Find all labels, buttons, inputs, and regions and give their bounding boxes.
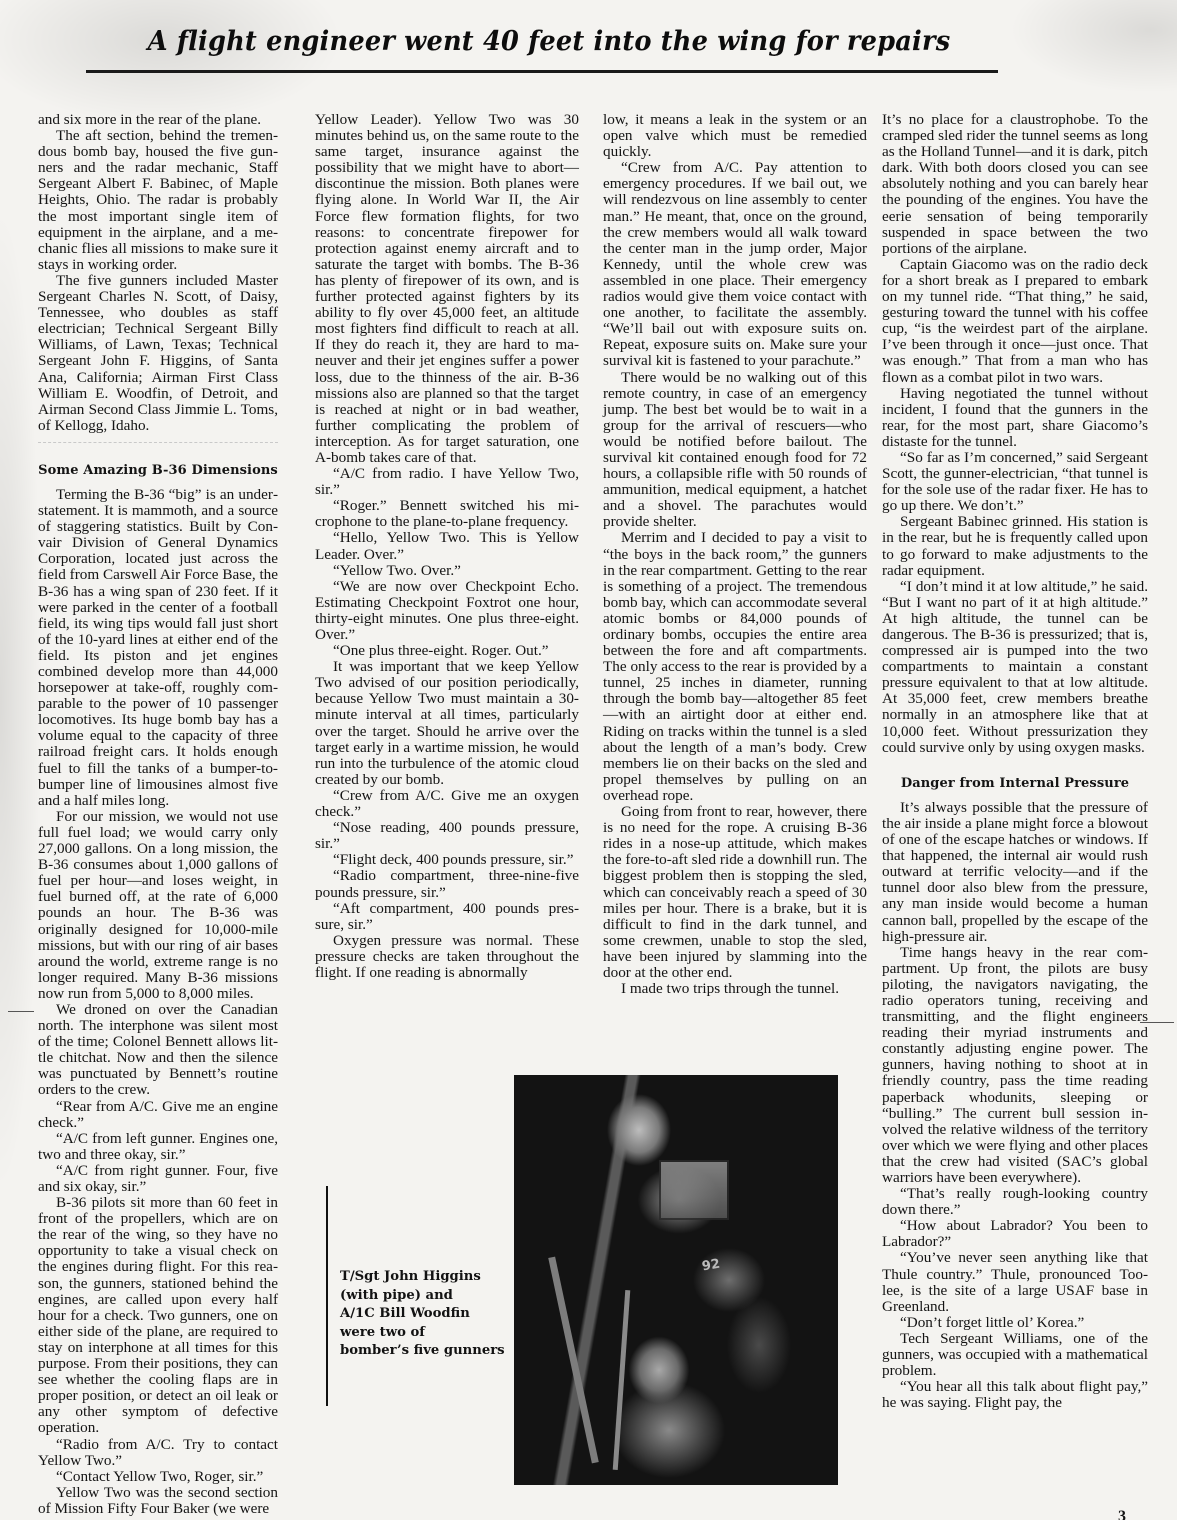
photo-gun-barrel — [613, 1290, 631, 1470]
paragraph: “A/C from left gunner. Engines one, two … — [38, 1131, 278, 1163]
paragraph: “Radio compartment, three-nine-five poun… — [315, 868, 579, 900]
paragraph: Time hangs heavy in the rear com­partmen… — [882, 945, 1148, 1186]
paragraph: Sergeant Babinec grinned. His sta­tion i… — [882, 514, 1148, 578]
paragraph: “Radio from A/C. Try to contact Yellow T… — [38, 1437, 278, 1469]
paragraph: The five gunners included Master Sergean… — [38, 273, 278, 434]
paragraph: The aft section, behind the tremen­dous … — [38, 128, 278, 273]
paragraph: low, it means a leak in the system or an… — [603, 112, 867, 160]
column-2: Yellow Leader). Yellow Two was 30 minute… — [315, 112, 579, 981]
margin-mark — [1140, 1022, 1174, 1023]
paragraph: “So far as I’m concerned,” said Ser­gean… — [882, 450, 1148, 514]
paragraph: “Crew from A/C. Give me an oxy­gen check… — [315, 788, 579, 820]
paragraph: It was important that we keep Yel­low Tw… — [315, 659, 579, 788]
paragraph: Tech Sergeant Williams, one of the gunne… — [882, 1331, 1148, 1379]
paragraph: “You’ve never seen anything like that Th… — [882, 1250, 1148, 1314]
caption-rule — [326, 1186, 328, 1406]
column-3: low, it means a leak in the system or an… — [603, 112, 867, 997]
paragraph: “How about Labrador? You been to Labrado… — [882, 1218, 1148, 1250]
paragraph: Yellow Two was the second section of Mis… — [38, 1485, 278, 1517]
headline-rule — [86, 70, 998, 73]
margin-mark — [8, 1011, 34, 1012]
page-number: 3 — [1118, 1508, 1126, 1520]
caption-line: A/1C Bill Woodfin — [340, 1305, 520, 1324]
paragraph: “I don’t mind it at low altitude,” he sa… — [882, 579, 1148, 756]
gunners-photo: 92 — [514, 1075, 838, 1485]
paragraph: “That’s really rough-looking coun­try do… — [882, 1186, 1148, 1218]
paragraph: It’s no place for a claustrophobe. To th… — [882, 112, 1148, 257]
photo-caption: T/Sgt John Higgins (with pipe) and A/1C … — [340, 1268, 520, 1361]
paragraph: “Flight deck, 400 pounds pressure, sir.” — [315, 852, 579, 868]
paragraph: “We are now over Checkpoint Echo. Estima… — [315, 579, 579, 643]
column-4: It’s no place for a claustrophobe. To th… — [882, 112, 1148, 1411]
headline: A flight engineer went 40 feet into the … — [119, 26, 980, 57]
paragraph: “Yellow Two. Over.” — [315, 563, 579, 579]
paragraph: “One plus three-eight. Roger. Out.” — [315, 643, 579, 659]
paragraph: We droned on over the Canadian north. Th… — [38, 1002, 278, 1099]
paragraph: “Hello, Yellow Two. This is Yellow Leade… — [315, 530, 579, 562]
caption-line: T/Sgt John Higgins — [340, 1268, 520, 1287]
paragraph: I made two trips through the tunnel. — [603, 981, 867, 997]
paragraph: Captain Giacomo was on the radio deck fo… — [882, 257, 1148, 386]
paragraph: Merrim and I decided to pay a visit to “… — [603, 530, 867, 804]
subhead-b36-dimensions: Some Amazing B-36 Dimensions — [38, 463, 278, 479]
paragraph: Oxygen pressure was normal. These pressu… — [315, 933, 579, 981]
paragraph: “Rear from A/C. Give me an en­gine check… — [38, 1099, 278, 1131]
paragraph: For our mission, we would not use full f… — [38, 809, 278, 1002]
paragraph: “A/C from radio. I have Yellow Two, sir.… — [315, 466, 579, 498]
paragraph: “Contact Yellow Two, Roger, sir.” — [38, 1469, 278, 1485]
paragraph: “Nose reading, 400 pounds pres­sure, sir… — [315, 820, 579, 852]
photo-window-shape — [659, 1160, 729, 1220]
section-divider — [38, 442, 278, 443]
paragraph: “You hear all this talk about flight pay… — [882, 1379, 1148, 1411]
caption-line: (with pipe) and — [340, 1287, 520, 1306]
paragraph: It’s always possible that the pressure o… — [882, 800, 1148, 945]
paragraph: “A/C from right gunner. Four, five and s… — [38, 1163, 278, 1195]
subhead-internal-pressure: Danger from Internal Pressure — [882, 776, 1148, 792]
paragraph: B-36 pilots sit more than 60 feet in fro… — [38, 1195, 278, 1436]
paragraph: “Aft compartment, 400 pounds pres­sure, … — [315, 901, 579, 933]
paragraph: There would be no walking out of this re… — [603, 370, 867, 531]
caption-line: bomber’s five gunners — [340, 1342, 520, 1361]
paragraph: “Crew from A/C. Pay attention to emergen… — [603, 160, 867, 369]
paragraph: Going from front to rear, however, there… — [603, 804, 867, 981]
paragraph: and six more in the rear of the plane. — [38, 112, 278, 128]
paragraph: Yellow Leader). Yellow Two was 30 minute… — [315, 112, 579, 466]
paragraph: Terming the B-36 “big” is an under­state… — [38, 487, 278, 809]
paragraph: “Don’t forget little ol’ Korea.” — [882, 1315, 1148, 1331]
paragraph: Having negotiated the tunnel with­out in… — [882, 386, 1148, 450]
photo-gun-barrel — [548, 1257, 599, 1464]
caption-line: were two of — [340, 1324, 520, 1343]
paragraph: “Roger.” Bennett switched his mi­crophon… — [315, 498, 579, 530]
helmet-number: 92 — [701, 1257, 721, 1275]
column-1: and six more in the rear of the plane. T… — [38, 112, 278, 1517]
